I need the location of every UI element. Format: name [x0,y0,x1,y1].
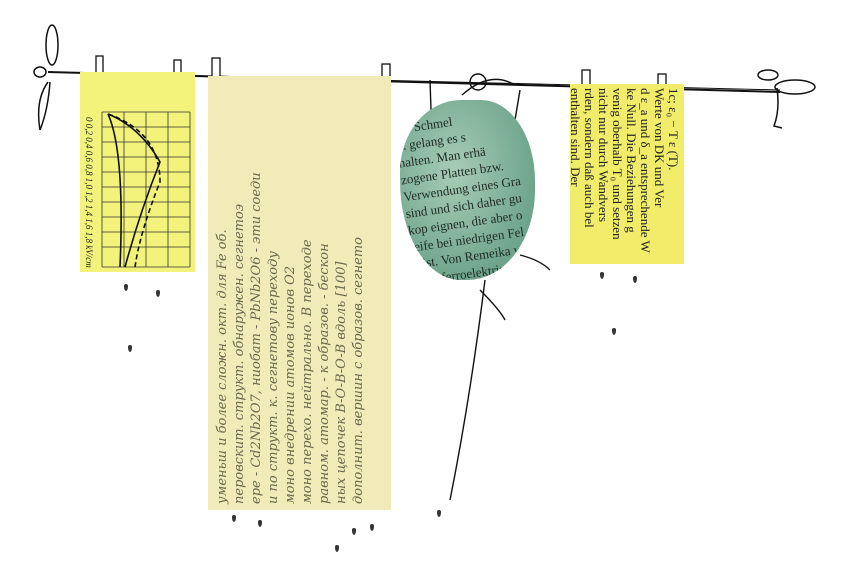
note-line: ере - Cd2Nb2O7, ниобат - PbNb2O6 - эти с… [248,82,265,504]
print-line: 1c; ε₀ − T ε (T). [666,88,680,260]
y-ticks: 0 0,2 0,4 0,6 0,8 1,0 1,2 1,4 1,6 1,8 kV… [84,117,94,268]
graph-paper: 0 0,2 0,4 0,6 0,8 1,0 1,2 1,4 1,6 1,8 kV… [80,72,195,272]
mouse-body-text-blob: der Schmel ... gelang es s halten. Man e… [400,100,535,280]
print-line: rden, sondern daß auch bel [582,88,596,260]
note-line: перовскит. структ. обнаружен. сегнетоэ [231,82,248,504]
print-line: enthalten sind. Der [570,88,582,260]
printed-note: 1c; ε₀ − T ε (T). Werte von DK und Ver d… [570,84,684,264]
print-line: nicht nur durch Wandvers [596,88,610,260]
handwritten-note: уменьш и более сложн. окт. для Fe об. пе… [208,76,391,510]
note-line: уменьш и более сложн. окт. для Fe об. [214,82,231,504]
note-line: и по структ. к. сегнетову переходу [265,82,282,504]
note-line: дополнит. вершин с образов. сегнето [350,82,367,504]
note-line: моно внедрении атомов ионов O2 [282,82,299,504]
print-line: d ε_a und δ_a entsprechende W [638,88,652,260]
note-line: ных цепочек B-O-B-O-B вдоль [100] [333,82,350,504]
print-line: ke Null. Die Beziehungen g [624,88,638,260]
print-line: venig oberhalb T₀ und setzen [610,88,624,260]
left-bow-icon [34,25,58,130]
print-line: Werte von DK und Ver [652,88,666,260]
right-bow-icon [758,70,815,128]
note-line: равном. атомар. - к образов. - бескон [316,82,333,504]
note-line: моно перехо. нейтрально. В переходе [299,82,316,504]
